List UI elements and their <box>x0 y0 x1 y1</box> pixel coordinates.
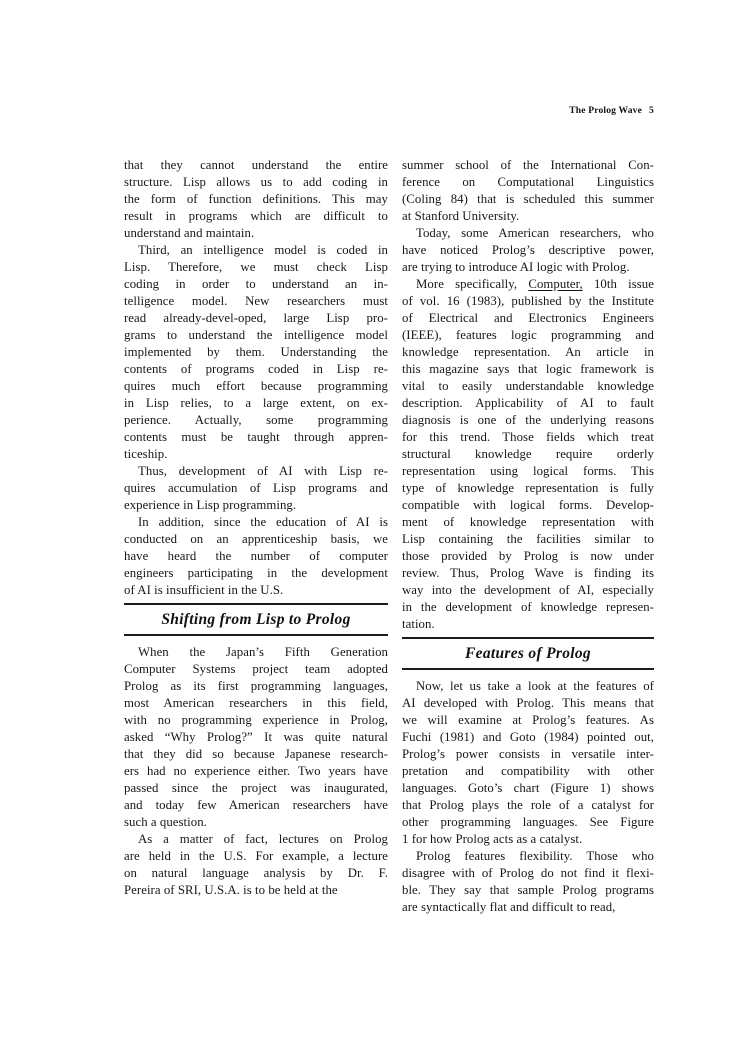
text-line: Prolog’s power consists in versatile int… <box>402 746 654 763</box>
text-line: in the development of knowledge represen… <box>402 599 654 616</box>
text-line: Third, an intelligence model is coded in <box>124 242 388 259</box>
text-line: other programming languages. See Figure <box>402 814 654 831</box>
text-line: compatible with logical forms. Develop- <box>402 497 654 514</box>
text-line: ticeship. <box>124 446 388 463</box>
paragraph: Today, some American researchers, whohav… <box>402 225 654 276</box>
text-line: telligence model. New researchers must <box>124 293 388 310</box>
text-line: 1 for how Prolog acts as a catalyst. <box>402 831 654 848</box>
text-line: that they cannot understand the entire <box>124 157 388 174</box>
text-line: Prolog features flexibility. Those who <box>402 848 654 865</box>
text-line: are trying to introduce AI logic with Pr… <box>402 259 654 276</box>
text-line: Lisp containing the facilities similar t… <box>402 531 654 548</box>
text-line: have heard the number of computer <box>124 548 388 565</box>
text-line: Lisp. Therefore, we must check Lisp <box>124 259 388 276</box>
paragraph: Third, an intelligence model is coded in… <box>124 242 388 463</box>
text-line: quires much effort because programming <box>124 378 388 395</box>
text-line: engineers participating in the developme… <box>124 565 388 582</box>
paragraph: that they cannot understand the entirest… <box>124 157 388 242</box>
text-line: are held in the U.S. For example, a lect… <box>124 848 388 865</box>
page-number: 5 <box>649 106 654 116</box>
section-heading: Features of Prolog <box>402 639 654 668</box>
text-line: When the Japan’s Fifth Generation <box>124 644 388 661</box>
text-line: understand and maintain. <box>124 225 388 242</box>
column-right: summer school of the International Con-f… <box>402 157 654 916</box>
text-line: for this trend. Those fields which treat <box>402 429 654 446</box>
text-line: (IEEE), features logic programming and <box>402 327 654 344</box>
text-line: ference on Computational Linguistics <box>402 174 654 191</box>
text-line: way into the development of AI, especial… <box>402 582 654 599</box>
text-line: review. Thus, Prolog Wave is finding its <box>402 565 654 582</box>
text-line: structural knowledge require orderly <box>402 446 654 463</box>
text-line: More specifically, Computer, 10th issue <box>402 276 654 293</box>
section-heading-block: Shifting from Lisp to Prolog <box>124 603 388 636</box>
text-line: have noticed Prolog’s descriptive power, <box>402 242 654 259</box>
text-line: this magazine says that logic framework … <box>402 361 654 378</box>
text-line: diagnosis is one of the underlying reaso… <box>402 412 654 429</box>
running-header: The Prolog Wave5 <box>402 106 654 116</box>
text-line: pretation and compatibility with other <box>402 763 654 780</box>
column-left: that they cannot understand the entirest… <box>124 157 388 899</box>
text-line: Computer Systems project team adopted <box>124 661 388 678</box>
text-line: Pereira of SRI, U.S.A. is to be held at … <box>124 882 388 899</box>
text-line: implemented by them. Understanding the <box>124 344 388 361</box>
paragraph: As a matter of fact, lectures on Prologa… <box>124 831 388 899</box>
text-line: structure. Lisp allows us to add coding … <box>124 174 388 191</box>
text-line: contents must be taught through appren- <box>124 429 388 446</box>
text-line: As a matter of fact, lectures on Prolog <box>124 831 388 848</box>
text-line: disagree with of Prolog do not find it f… <box>402 865 654 882</box>
heading-rule-bottom <box>124 634 388 636</box>
document-page: The Prolog Wave5 that they cannot unders… <box>0 0 750 1054</box>
text-line: Today, some American researchers, who <box>402 225 654 242</box>
text-line: that Prolog plays the role of a catalyst… <box>402 797 654 814</box>
text-line: ble. They say that sample Prolog program… <box>402 882 654 899</box>
text-line: result in programs which are difficult t… <box>124 208 388 225</box>
text-line: of AI is insufficient in the U.S. <box>124 582 388 599</box>
paragraph: More specifically, Computer, 10th issueo… <box>402 276 654 633</box>
paragraph: Thus, development of AI with Lisp re-qui… <box>124 463 388 514</box>
text-line: experience in Lisp programming. <box>124 497 388 514</box>
paragraph: summer school of the International Con-f… <box>402 157 654 225</box>
text-line: such a question. <box>124 814 388 831</box>
text-line: of vol. 16 (1983), published by the Inst… <box>402 293 654 310</box>
text-line: grams to understand the intelligence mod… <box>124 327 388 344</box>
text-line: with no programming experience in Prolog… <box>124 712 388 729</box>
text-line: passed since the project was inaugurated… <box>124 780 388 797</box>
text-line: quires accumulation of Lisp programs and <box>124 480 388 497</box>
text-line: vital to easily understandable knowledge <box>402 378 654 395</box>
text-line: representation using logical forms. This <box>402 463 654 480</box>
text-line: (Coling 84) that is scheduled this summe… <box>402 191 654 208</box>
text-line: knowledge representation. An article in <box>402 344 654 361</box>
text-line: AI developed with Prolog. This means tha… <box>402 695 654 712</box>
section-heading-block: Features of Prolog <box>402 637 654 670</box>
text-line: are syntactically flat and difficult to … <box>402 899 654 916</box>
text-line: tation. <box>402 616 654 633</box>
text-line: Thus, development of AI with Lisp re- <box>124 463 388 480</box>
text-line: summer school of the International Con- <box>402 157 654 174</box>
text-line: and today few American researchers have <box>124 797 388 814</box>
paragraph: Now, let us take a look at the features … <box>402 678 654 848</box>
text-line: ers had no experience either. Two years … <box>124 763 388 780</box>
text-line: Now, let us take a look at the features … <box>402 678 654 695</box>
text-line: Fuchi (1981) and Goto (1984) pointed out… <box>402 729 654 746</box>
text-line: most American researchers in this field, <box>124 695 388 712</box>
paragraph: When the Japan’s Fifth GenerationCompute… <box>124 644 388 831</box>
underlined-journal-title: Computer, <box>528 277 582 291</box>
text-line: perience. Actually, some programming <box>124 412 388 429</box>
text-line: we will examine at Prolog’s features. As <box>402 712 654 729</box>
text-line: read already-devel-oped, large Lisp pro- <box>124 310 388 327</box>
text-line: contents of programs coded in Lisp re- <box>124 361 388 378</box>
section-heading: Shifting from Lisp to Prolog <box>124 605 388 634</box>
running-header-title: The Prolog Wave <box>569 106 642 116</box>
text-line: those provided by Prolog is now under <box>402 548 654 565</box>
text-line: ment of knowledge representation with <box>402 514 654 531</box>
text-line: Prolog as its first programming language… <box>124 678 388 695</box>
text-line: of Electrical and Electronics Engineers <box>402 310 654 327</box>
text-line: In addition, since the education of AI i… <box>124 514 388 531</box>
text-line: at Stanford University. <box>402 208 654 225</box>
text-line: on natural language analysis by Dr. F. <box>124 865 388 882</box>
text-line: in Lisp relies, to a large extent, on ex… <box>124 395 388 412</box>
paragraph: In addition, since the education of AI i… <box>124 514 388 599</box>
text-line: that they did so because Japanese resear… <box>124 746 388 763</box>
text-line: asked “Why Prolog?” It was quite natural <box>124 729 388 746</box>
heading-rule-bottom <box>402 668 654 670</box>
text-line: languages. Goto’s chart (Figure 1) shows <box>402 780 654 797</box>
text-line: description. Applicability of AI to faul… <box>402 395 654 412</box>
paragraph: Prolog features flexibility. Those whodi… <box>402 848 654 916</box>
text-line: the form of function definitions. This m… <box>124 191 388 208</box>
text-line: type of knowledge representation is full… <box>402 480 654 497</box>
text-line: coding in order to understand an in- <box>124 276 388 293</box>
text-line: conducted on an apprenticeship basis, we <box>124 531 388 548</box>
